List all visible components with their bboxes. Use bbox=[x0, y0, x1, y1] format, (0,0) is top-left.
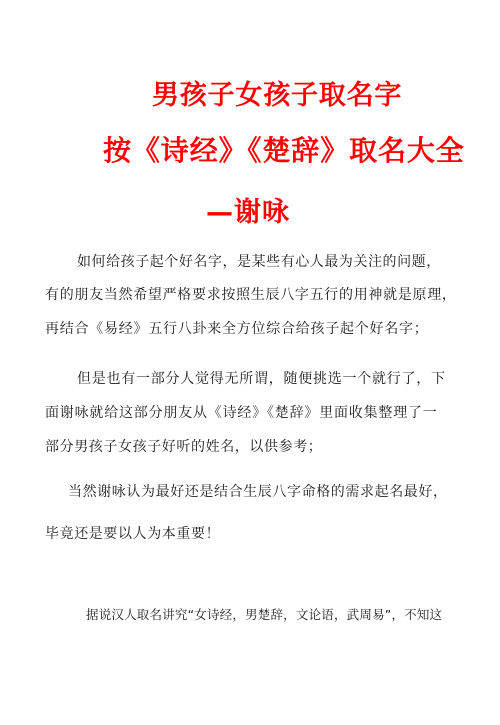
paragraph-line: 如何给孩子起个好名字，是某些有心人最为关注的问题， bbox=[77, 255, 441, 269]
paragraph-line: 再结合《易经》五行八卦来全方位综合给孩子起个好名字； bbox=[45, 322, 429, 336]
paragraph-line: 有的朋友当然希望严格要求按照生辰八字五行的用神就是原理， bbox=[45, 288, 457, 302]
document-page: 男孩子女孩子取名字 按《诗经》《楚辞》取名大全 —谢咏 如何给孩子起个好名字，是… bbox=[0, 0, 500, 725]
paragraph-line: 面谢咏就给这部分朋友从《诗经》《楚辞》里面收集整理了一 bbox=[45, 406, 438, 420]
paragraph-line: 但是也有一部分人觉得无所谓，随便挑选一个就行了，下 bbox=[77, 372, 446, 386]
paragraph-line: 部分男孩子女孩子好听的姓名，以供参考； bbox=[45, 440, 322, 454]
paragraph-line: 毕竟还是要以人为本重要！ bbox=[45, 527, 220, 541]
title-line-2: 按《诗经》《楚辞》取名大全 bbox=[103, 137, 465, 165]
paragraph-line: 当然谢咏认为最好还是结合生辰八字命格的需求起名最好， bbox=[68, 485, 448, 499]
paragraph-line: 据说汉人取名讲究“女诗经，男楚辞，文论语，武周易”，不知这 bbox=[86, 609, 442, 622]
author-line: —谢咏 bbox=[206, 199, 290, 226]
title-line-1: 男孩子女孩子取名字 bbox=[152, 82, 402, 109]
